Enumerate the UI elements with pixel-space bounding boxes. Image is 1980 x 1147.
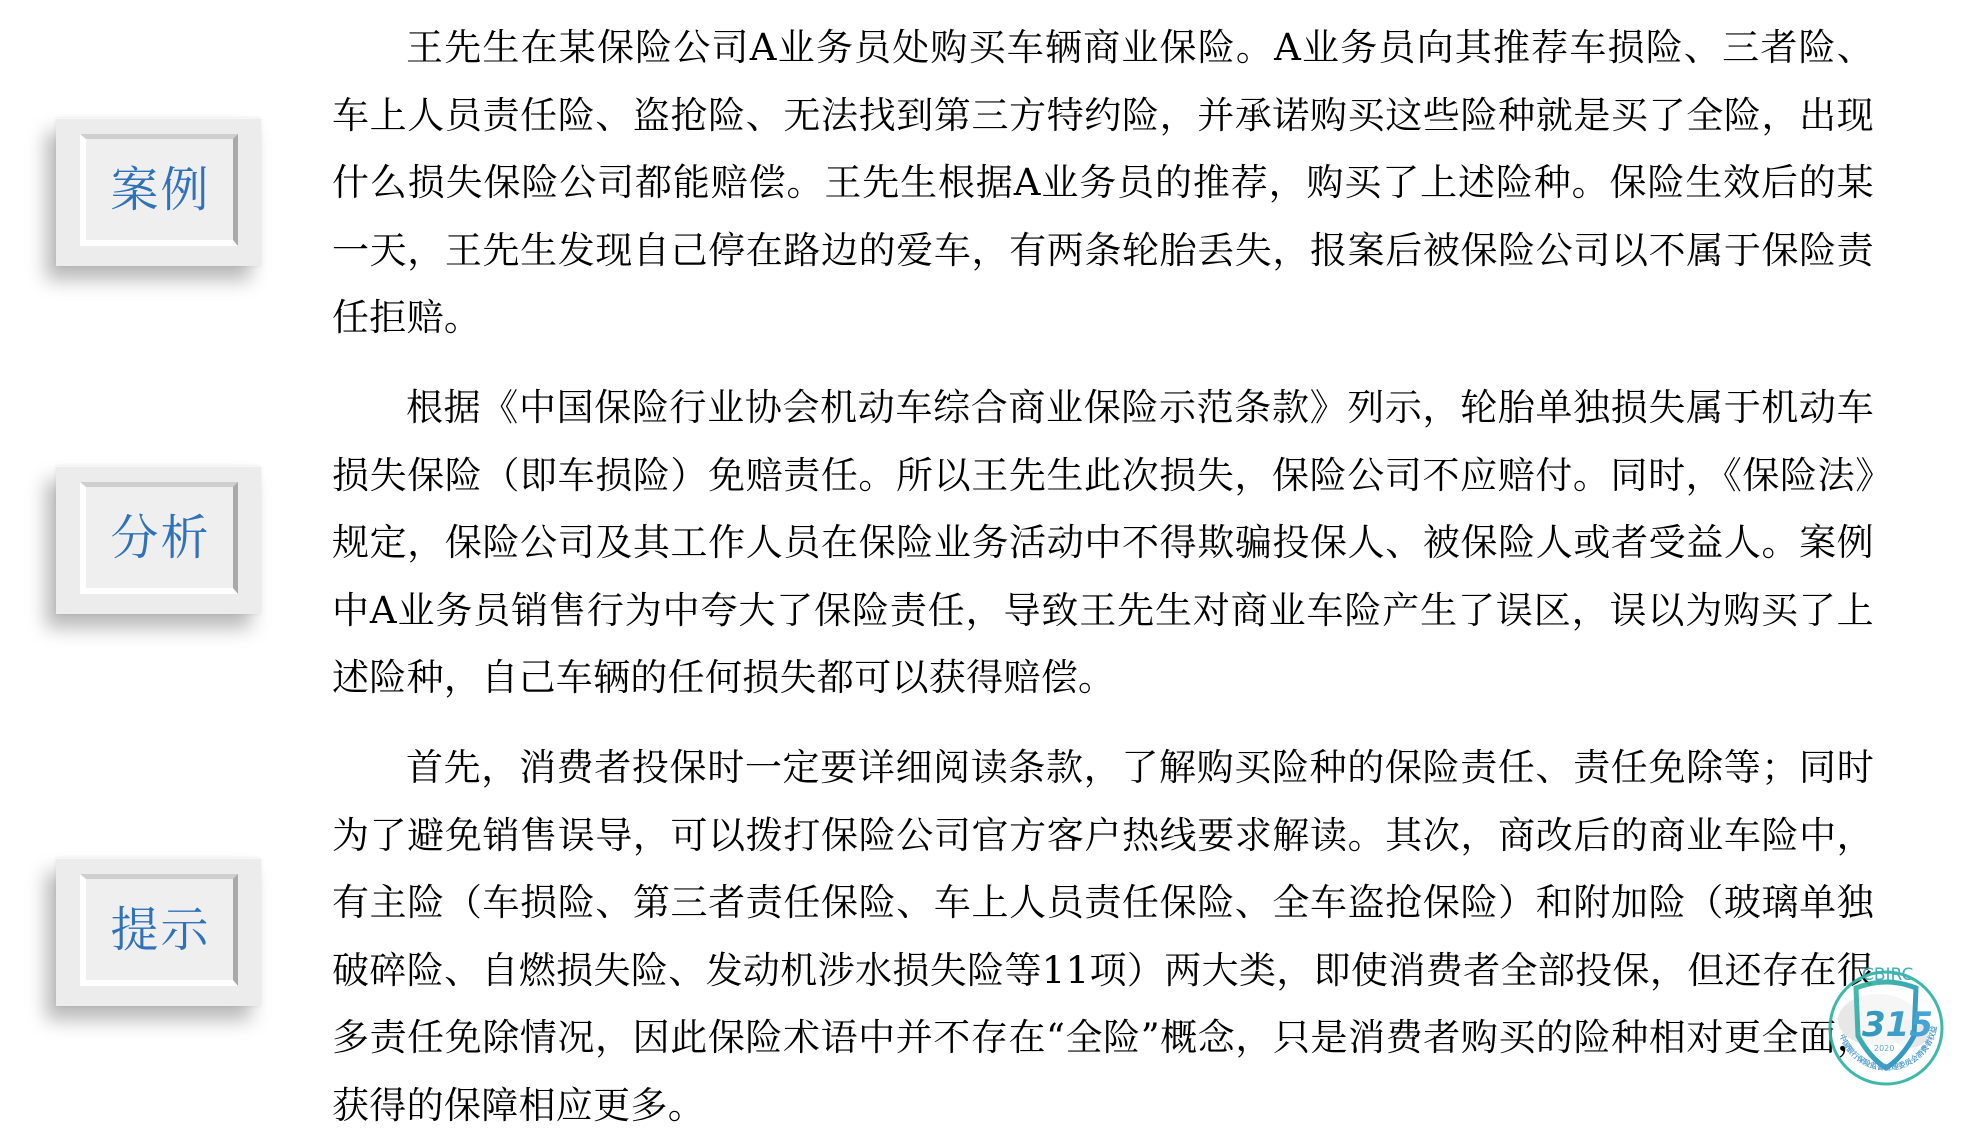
section-label-analysis: 分析 xyxy=(108,514,210,562)
label-frame: 分析 xyxy=(80,482,238,594)
cbirc-315-logo-icon: CBIRC 315 2020 中国银行保险监督管理委员会消费者权益保护 xyxy=(1822,958,1950,1090)
label-frame: 提示 xyxy=(80,874,238,986)
section-label-tip: 提示 xyxy=(108,906,210,954)
label-box-tip: 提示 xyxy=(56,858,261,1006)
svg-text:315: 315 xyxy=(1862,1005,1933,1045)
case-paragraph: 王先生在某保险公司A业务员处购买车辆商业保险。A业务员向其推荐车损险、三者险、车… xyxy=(332,14,1874,352)
tip-paragraph: 首先，消费者投保时一定要详细阅读条款，了解购买险种的保险责任、责任免除等；同时为… xyxy=(332,734,1874,1139)
label-box-case: 案例 xyxy=(56,118,261,266)
label-box-analysis: 分析 xyxy=(56,466,261,614)
section-label-case: 案例 xyxy=(108,166,210,214)
label-frame: 案例 xyxy=(80,134,238,246)
analysis-paragraph: 根据《中国保险行业协会机动车综合商业保险示范条款》列示，轮胎单独损失属于机动车损… xyxy=(332,374,1874,712)
svg-text:2020: 2020 xyxy=(1874,1044,1894,1053)
svg-text:CBIRC: CBIRC xyxy=(1862,965,1913,985)
